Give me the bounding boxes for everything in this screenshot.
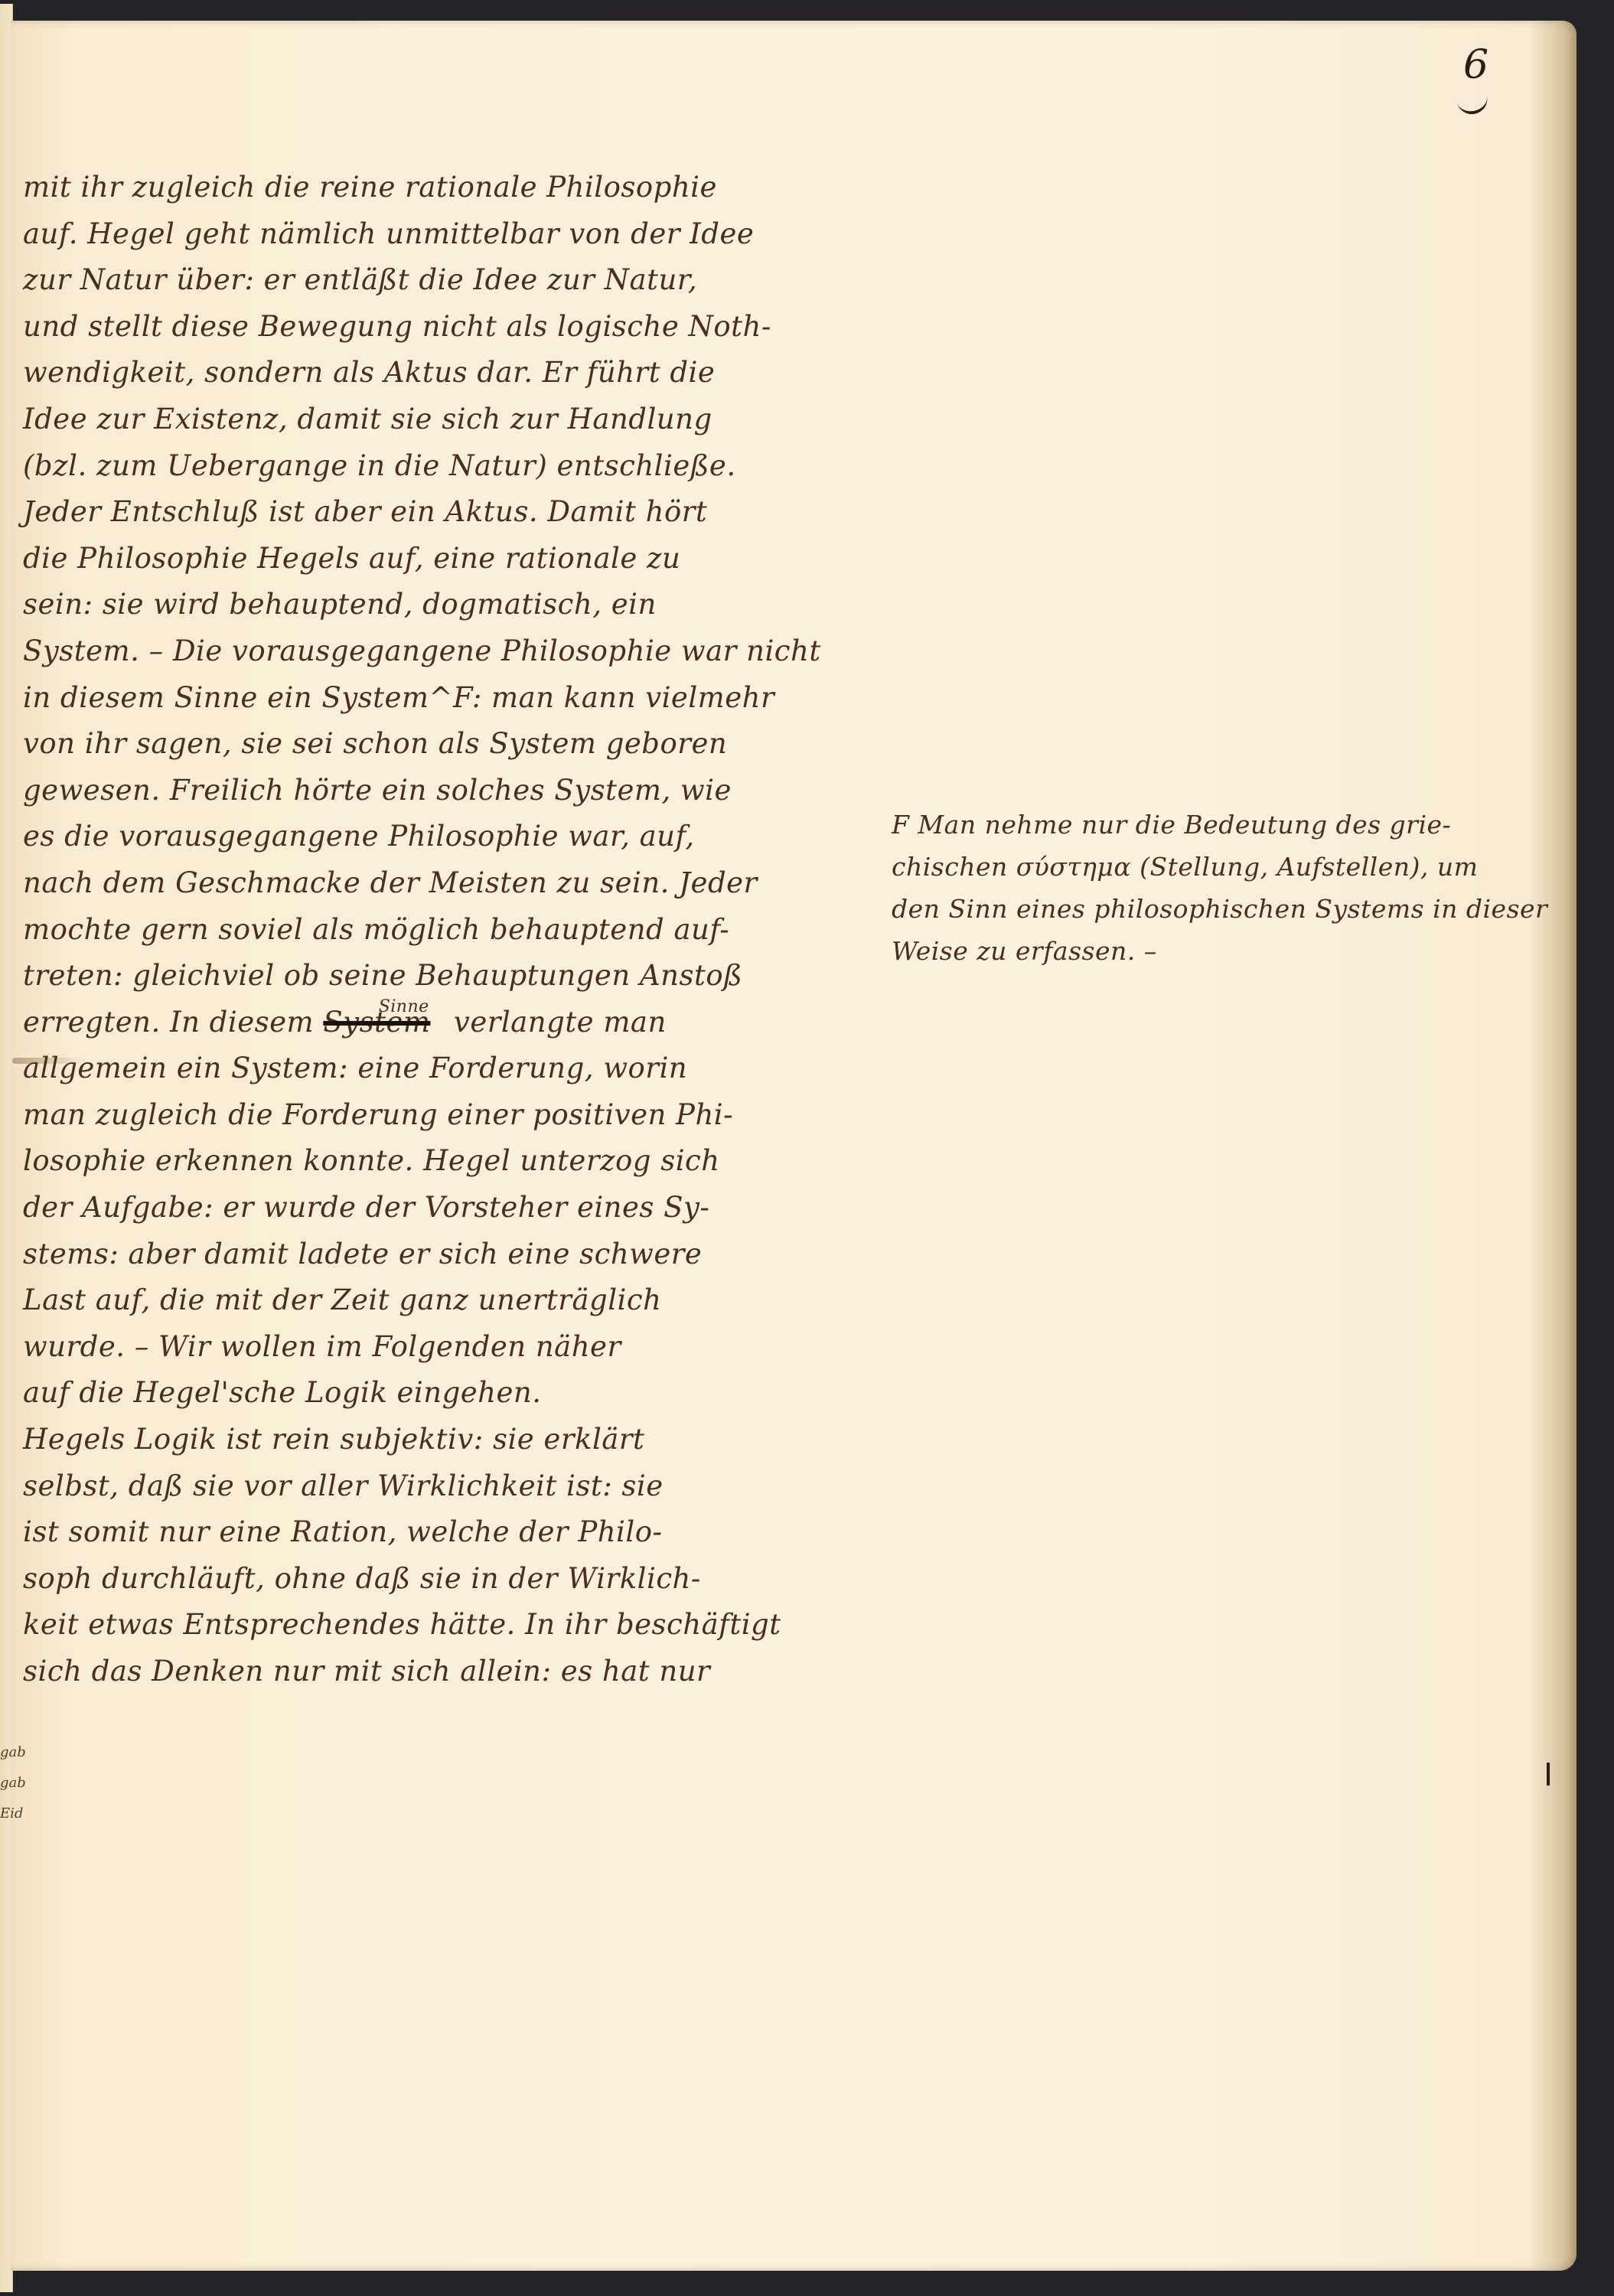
text-line: es die vorausgegangene Philosophie war, … <box>23 814 834 860</box>
text-line: wendigkeit, sondern als Aktus dar. Er fü… <box>23 350 834 396</box>
gutter-fragment: Eid <box>0 1799 17 1829</box>
text-line: sein: sie wird behauptend, dogmatisch, e… <box>23 582 834 628</box>
gutter-fragment: gab <box>0 1737 17 1768</box>
text-line: Idee zur Existenz, damit sie sich zur Ha… <box>23 396 834 443</box>
interlinear-insertion: Sinne <box>379 997 429 1016</box>
gutter-fragment: gab <box>0 1768 17 1799</box>
text-line: man zugleich die Forderung einer positiv… <box>23 1092 834 1139</box>
text-line: mit ihr zugleich die reine rationale Phi… <box>23 165 834 211</box>
text-line: in diesem Sinne ein System^F: man kann v… <box>23 675 834 722</box>
text-line: keit etwas Entsprechendes hätte. In ihr … <box>23 1602 834 1649</box>
text-line: treten: gleichviel ob seine Behauptungen… <box>23 953 834 1000</box>
text-line: selbst, daß sie vor aller Wirklichkeit i… <box>23 1463 834 1510</box>
text-line-with-correction: erregten. In diesem System Sinne verlang… <box>23 1000 834 1046</box>
text-line: ist somit nur eine Ration, welche der Ph… <box>23 1509 834 1556</box>
text-line: mochte gern soviel als möglich behaupten… <box>23 907 834 954</box>
gutter-fragments: gab gab Eid <box>0 1737 17 1829</box>
text-line: sich das Denken nur mit sich allein: es … <box>23 1649 834 1695</box>
text-line: Jeder Entschluß ist aber ein Aktus. Dami… <box>23 489 834 536</box>
corrected-line-text: verlangte man <box>454 1006 667 1039</box>
text-line: Hegels Logik ist rein subjektiv: sie erk… <box>23 1417 834 1463</box>
marginal-footnote: F Man nehme nur die Bedeutung des grie- … <box>892 804 1580 972</box>
text-line: wurde. – Wir wollen im Folgenden näher <box>23 1324 834 1371</box>
margin-tick-mark <box>1547 1763 1550 1786</box>
text-line: gewesen. Freilich hörte ein solches Syst… <box>23 768 834 814</box>
text-line: allgemein ein System: eine Forderung, wo… <box>23 1045 834 1092</box>
footnote-line: F Man nehme nur die Bedeutung des grie- <box>892 804 1580 846</box>
text-line: soph durchläuft, ohne daß sie in der Wir… <box>23 1556 834 1603</box>
footnote-line: chischen σύστημα (Stellung, Aufstellen),… <box>892 846 1580 888</box>
text-line: losophie erkennen konnte. Hegel unterzog… <box>23 1138 834 1185</box>
text-line: stems: aber damit ladete er sich eine sc… <box>23 1231 834 1278</box>
text-line: nach dem Geschmacke der Meisten zu sein.… <box>23 860 834 907</box>
text-line: Last auf, die mit der Zeit ganz unerträg… <box>23 1277 834 1324</box>
main-text-column: mit ihr zugleich die reine rationale Phi… <box>23 165 834 1695</box>
text-line: auf die Hegel'sche Logik eingehen. <box>23 1370 834 1417</box>
text-line: und stellt diese Bewegung nicht als logi… <box>23 304 834 351</box>
text-line: der Aufgabe: er wurde der Vorsteher eine… <box>23 1185 834 1231</box>
page-number: 6 <box>1463 42 1488 88</box>
text-line: von ihr sagen, sie sei schon als System … <box>23 721 834 768</box>
text-line: (bzl. zum Uebergange in die Natur) entsc… <box>23 443 834 490</box>
footnote-line: den Sinn eines philosophischen Systems i… <box>892 888 1580 930</box>
text-line: die Philosophie Hegels auf, eine rationa… <box>23 536 834 582</box>
text-line: auf. Hegel geht nämlich unmittelbar von … <box>23 211 834 258</box>
line-prefix: erregten. In diesem <box>23 1006 323 1039</box>
text-line: System. – Die vorausgegangene Philosophi… <box>23 628 834 675</box>
footnote-line: Weise zu erfassen. – <box>892 930 1580 972</box>
text-line: zur Natur über: er entläßt die Idee zur … <box>23 257 834 304</box>
